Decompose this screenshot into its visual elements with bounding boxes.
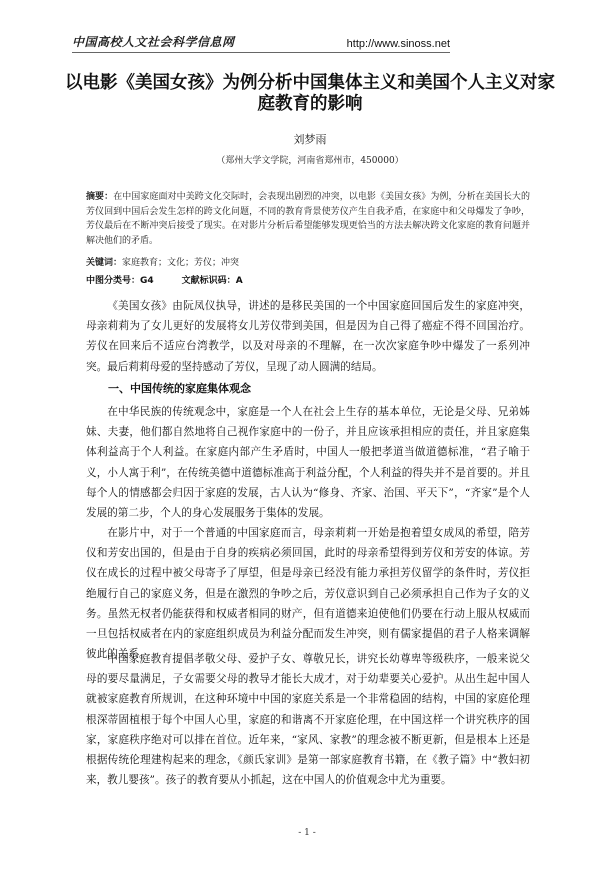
clc-label: 中图分类号： [86,276,140,286]
body-paragraph-2: 在中华民族的传统观念中，家庭是一个人在社会上生存的基本单位，无论是父母、兄弟姊妹… [86,402,530,523]
doc-code-label: 文献标识码： [182,276,236,286]
doc-code-value: A [236,276,243,286]
author-name: 刘梦雨 [60,131,560,147]
keywords: 关键词：家庭教育；文化；芳仪；冲突 [86,255,530,268]
paragraph-text: 《美国女孩》由阮凤仪执导，讲述的是移民美国的一个中国家庭回国后发生的家庭冲突，母… [86,296,530,377]
keywords-label: 关键词： [86,258,122,268]
body-paragraph-1: 《美国女孩》由阮凤仪执导，讲述的是移民美国的一个中国家庭回国后发生的家庭冲突，母… [86,296,530,377]
clc-value: G4 [140,276,154,286]
page-number: - 1 - [0,828,614,838]
abstract-label: 摘要： [86,192,113,202]
section-heading-1: 一、中国传统的家庭集体观念 [108,380,251,396]
header-divider [72,52,450,53]
page-header: 中国高校人文社会科学信息网 http://www.sinoss.net [72,33,450,53]
body-paragraph-4: 中国家庭教育提倡孝敬父母、爱护子女、尊敬兄长，讲究长幼尊卑等级秩序，一般来说父母… [86,649,530,790]
keywords-text: 家庭教育；文化；芳仪；冲突 [122,258,239,268]
paragraph-text: 在影片中，对于一个普通的中国家庭而言，母亲莉莉一开始是抱着望女成凤的希望，陪芳仪… [86,523,530,664]
document-page: 中国高校人文社会科学信息网 http://www.sinoss.net 以电影《… [0,0,614,876]
paragraph-text: 在中华民族的传统观念中，家庭是一个人在社会上生存的基本单位，无论是父母、兄弟姊妹… [86,402,530,523]
author-affiliation: （郑州大学文学院，河南省郑州市，450000） [60,153,560,166]
paragraph-text: 中国家庭教育提倡孝敬父母、爱护子女、尊敬兄长，讲究长幼尊卑等级秩序，一般来说父母… [86,649,530,790]
body-paragraph-3: 在影片中，对于一个普通的中国家庭而言，母亲莉莉一开始是抱着望女成凤的希望，陪芳仪… [86,523,530,664]
abstract: 摘要：在中国家庭面对中美跨文化交际时，会表现出剧烈的冲突，以电影《美国女孩》为例… [86,190,530,249]
abstract-text: 在中国家庭面对中美跨文化交际时，会表现出剧烈的冲突，以电影《美国女孩》为例，分析… [86,192,530,246]
classification-line: 中图分类号：G4文献标识码：A [86,273,530,286]
site-url-link[interactable]: http://www.sinoss.net [72,38,450,50]
paper-title: 以电影《美国女孩》为例分析中国集体主义和美国个人主义对家庭教育的影响 [60,73,560,115]
